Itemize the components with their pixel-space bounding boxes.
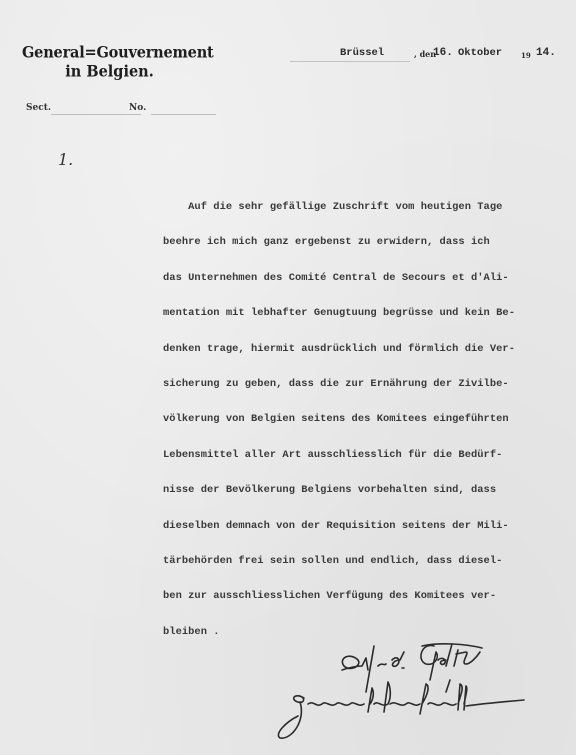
body-line: Auf die sehr gefällige Zuschrift vom heu… — [163, 201, 502, 213]
signature-handwriting: Frhr. v. d. Goltz — [270, 630, 530, 755]
number-blank-line — [151, 114, 216, 115]
body-line: mentation mit lebhafter Genugtuung begrü… — [163, 307, 515, 319]
letterhead-subtitle: in Belgien. — [22, 62, 197, 81]
date-day: 16. — [433, 47, 453, 59]
letterhead-title: General=Gouvernement — [22, 43, 197, 62]
sect-label: Sect. — [26, 103, 51, 113]
number-label: No. — [129, 103, 146, 113]
body-line: dieselben demnach von der Requisition se… — [163, 520, 509, 532]
page-number-mark: 1. — [58, 150, 73, 169]
body-line: das Unternehmen des Comité Central de Se… — [163, 272, 509, 284]
body-line: ben zur ausschliesslichen Verfügung des … — [163, 590, 496, 602]
dateline: Brüssel , den 16. Oktober 19 14. — [290, 47, 576, 65]
signature: Frhr. v. d. Goltz — [270, 630, 530, 755]
date-year-prefix: 19 — [521, 51, 531, 60]
reference-fields: Sect. No. — [26, 103, 216, 117]
date-city: Brüssel — [340, 47, 384, 59]
date-month: Oktober — [458, 47, 502, 59]
body-line: tärbehörden frei sein sollen und endlich… — [163, 555, 502, 567]
city-underline — [290, 61, 410, 62]
letterhead: General=Gouvernement in Belgien. — [22, 44, 197, 80]
body-line: denken trage, hiermit ausdrücklich und f… — [163, 343, 515, 355]
body-line: sicherung zu geben, dass die zur Ernähru… — [163, 378, 509, 390]
document-page: General=Gouvernement in Belgien. Sect. N… — [0, 0, 576, 755]
body-line: Lebensmittel aller Art ausschliesslich f… — [163, 449, 502, 461]
body-line: beehre ich mich ganz ergebenst zu erwide… — [163, 236, 490, 248]
body-line: bleiben . — [163, 626, 220, 638]
sect-blank-line — [51, 114, 141, 115]
body-line: völkerung von Belgien seitens des Komite… — [163, 413, 509, 425]
date-year-suffix: 14. — [536, 47, 556, 59]
body-line: nisse der Bevölkerung Belgiens vorbehalt… — [163, 484, 496, 496]
